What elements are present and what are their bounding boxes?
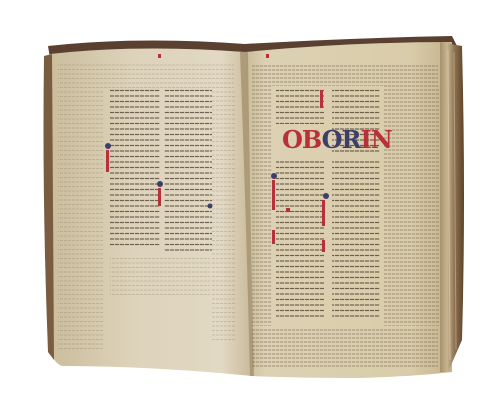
display-initial-red: OB (282, 125, 322, 154)
decorated-display-initials: OBORIN (282, 126, 392, 154)
display-initial-red-2: IN (361, 125, 392, 154)
manuscript-illustration (0, 0, 500, 415)
page-edges (440, 42, 464, 372)
display-initial-blue: OR (322, 125, 361, 154)
manuscript-photo: OBORIN (0, 0, 500, 415)
